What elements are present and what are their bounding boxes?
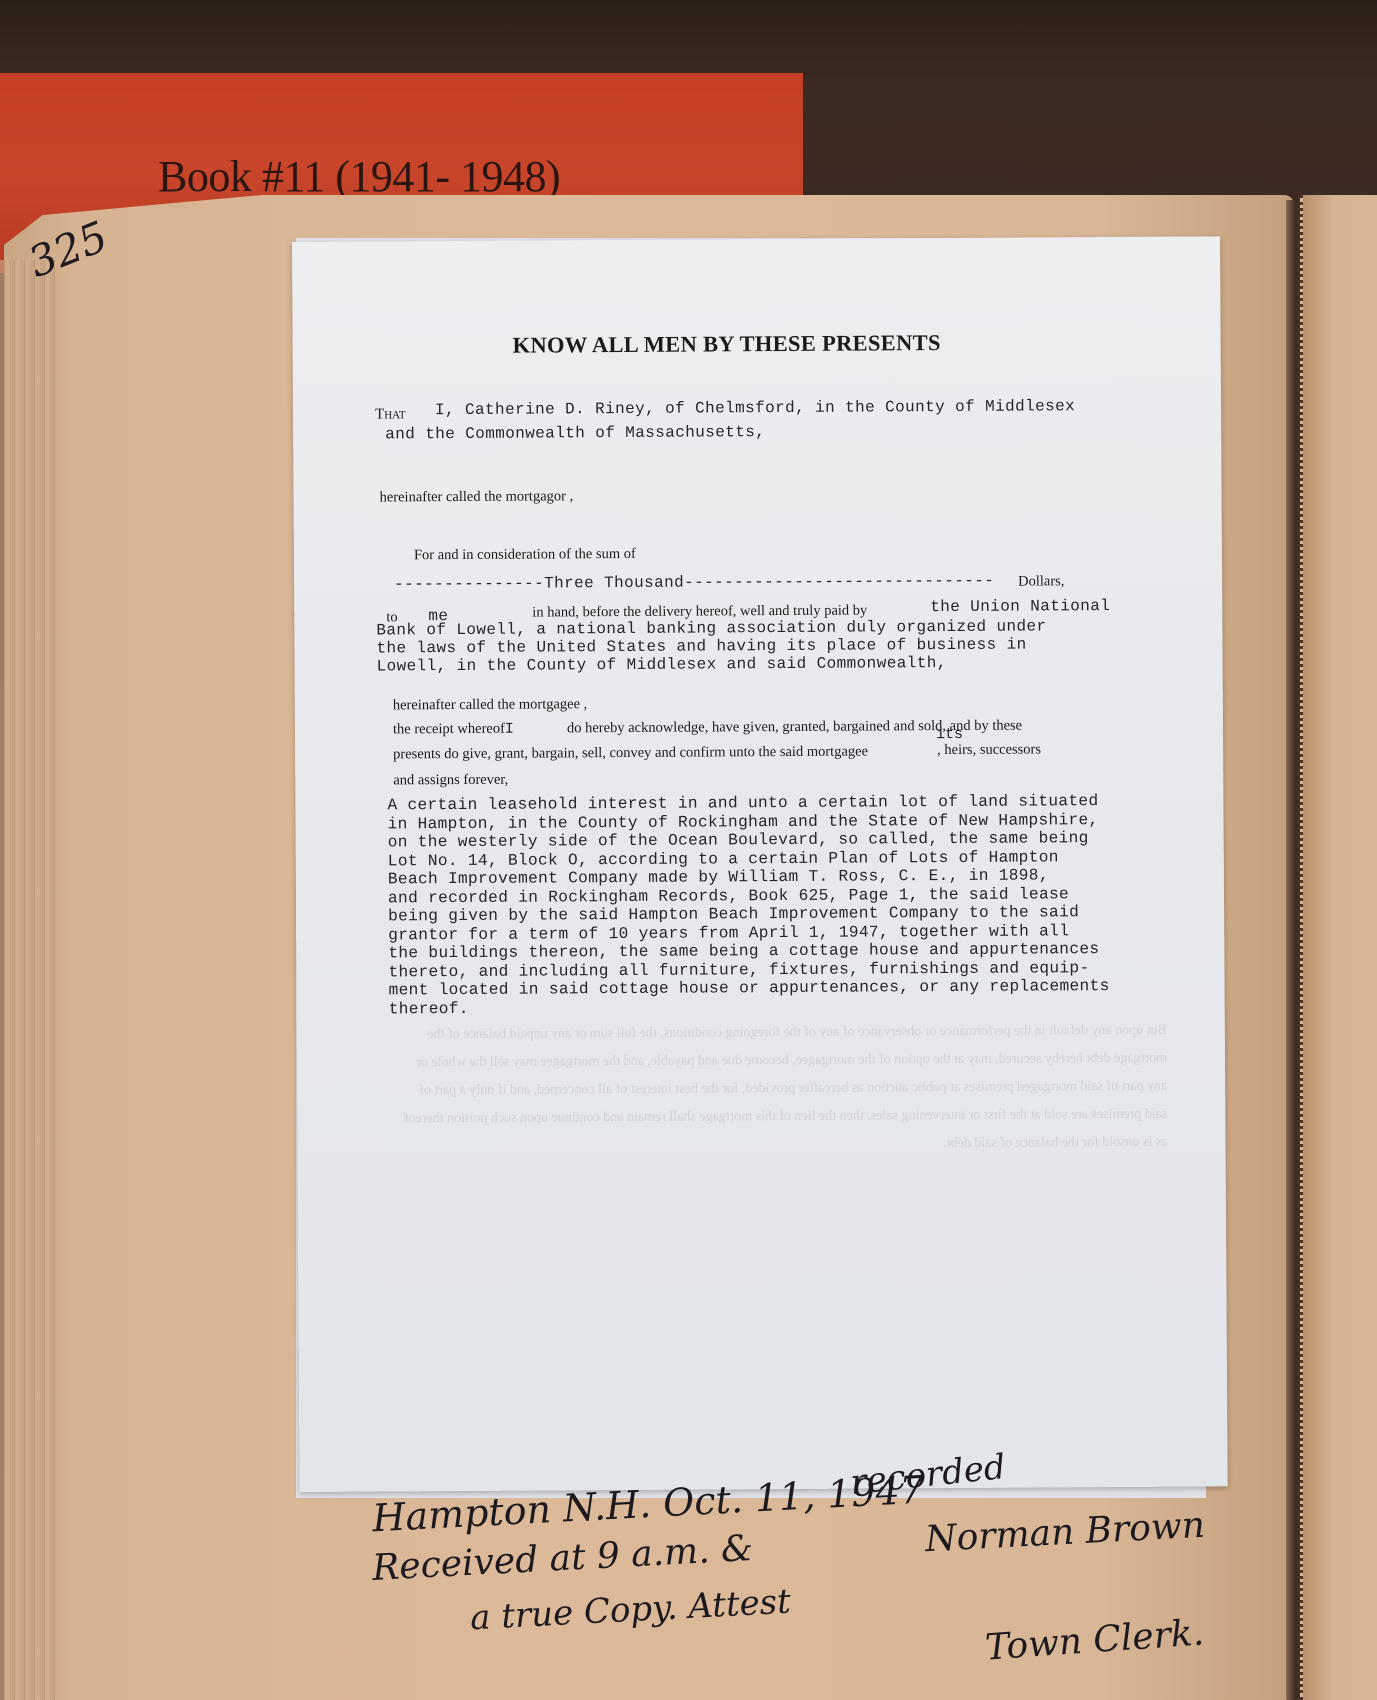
that-label: That [375, 406, 406, 423]
presents-label: presents do give, grant, bargain, sell, … [393, 743, 868, 763]
property-description: A certain leasehold interest in and unto… [387, 792, 1109, 1018]
grantee-line-4: Lowell, in the County of Middlesex and s… [377, 654, 947, 675]
receipt-value: I [505, 721, 515, 738]
grantor-line-1: I, Catherine D. Riney, of Chelmsford, in… [435, 397, 1075, 419]
its-insert: its [936, 726, 963, 743]
amount-value: Three Thousand [544, 574, 684, 593]
receipt-label: the receipt whereofI [393, 721, 514, 739]
facing-page [1300, 195, 1377, 1700]
mortgagor-label: hereinafter called the mortgagor , [380, 488, 574, 506]
dollars-label: Dollars, [1018, 573, 1064, 590]
ledger-page-edges [0, 260, 60, 1700]
mortgagee-label: hereinafter called the mortgagee , [393, 696, 588, 714]
binder-cover-title: Book #11 (1941- 1948) [158, 151, 560, 202]
receipt-label-text: the receipt whereof [393, 721, 505, 738]
deed-title: KNOW ALL MEN BY THESE PRESENTS [513, 330, 941, 359]
amount-left-dashes: --------------- [394, 574, 544, 593]
heirs-label: , heirs, successors [937, 741, 1041, 759]
grantee-line-1: the Union National [930, 597, 1110, 616]
assigns-label: and assigns forever, [393, 772, 508, 790]
amount-right-dashes: ------------------------------- [684, 572, 994, 592]
amount-line: ---------------Three Thousand-----------… [394, 572, 994, 594]
mortgage-deed-document: But upon any default in the performance … [292, 236, 1228, 1492]
grantor-line-2: and the Commonwealth of Massachusetts, [385, 423, 765, 443]
consideration-label: For and in consideration of the sum of [414, 546, 636, 564]
bleed-through-text: But upon any default in the performance … [397, 1017, 1170, 1442]
